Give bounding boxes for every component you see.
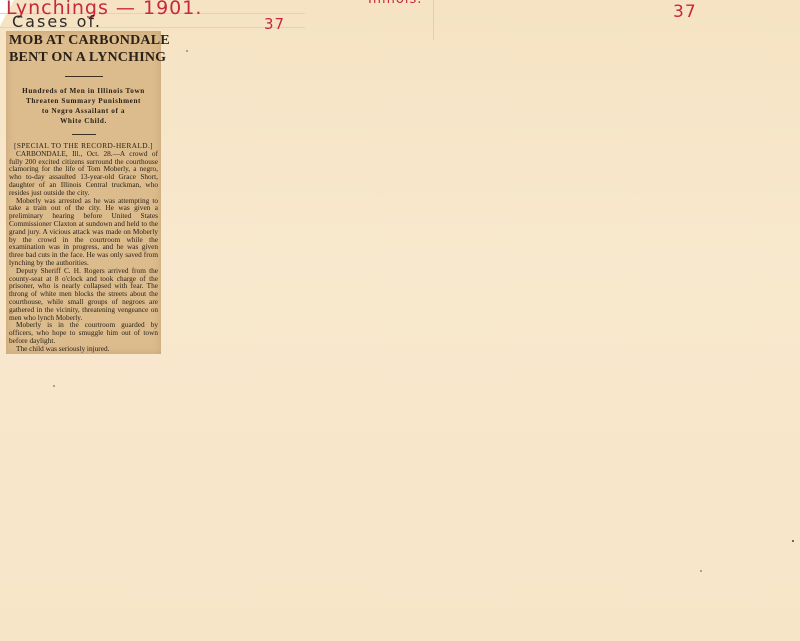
handwritten-state: Illinois. [368, 0, 422, 7]
article-paragraph: CARBONDALE, Ill., Oct. 28.—A crowd of fu… [9, 150, 158, 197]
headline-line-1: MOB AT CARBONDALE [9, 32, 158, 49]
deck-line: Threaten Summary Punishment [9, 96, 158, 106]
newspaper-clipping: MOB AT CARBONDALE BENT ON A LYNCHING Hun… [6, 31, 161, 354]
deck: Hundreds of Men in Illinois Town Threate… [9, 86, 158, 126]
paper-speck [186, 50, 188, 52]
deck-line: White Child. [9, 116, 158, 126]
scrapbook-page: Lynchings — 1901. Cases of. 37 Illinois.… [0, 0, 800, 641]
page-number-center: 37 [264, 15, 285, 33]
article-paragraph: Moberly is in the courtroom guarded by o… [9, 321, 158, 344]
article-body: [SPECIAL TO THE RECORD-HERALD.] CARBONDA… [9, 142, 158, 353]
headline-divider [65, 76, 103, 77]
headline-line-2: BENT ON A LYNCHING [9, 49, 158, 66]
paper-speck [792, 540, 794, 542]
page-number-right: 37 [673, 2, 697, 22]
paper-speck [700, 570, 702, 572]
ruled-divider [433, 0, 434, 40]
paper-speck [53, 385, 55, 387]
deck-divider [72, 134, 96, 135]
deck-line: to Negro Assailant of a [9, 106, 158, 116]
deck-line: Hundreds of Men in Illinois Town [9, 86, 158, 96]
article-paragraph: Moberly was arrested as he was attemptin… [9, 197, 158, 267]
article-paragraph: Deputy Sheriff C. H. Rogers arrived from… [9, 267, 158, 322]
article-paragraph: The child was seriously injured. [9, 345, 158, 353]
handwritten-subtitle: Cases of. [12, 12, 102, 31]
